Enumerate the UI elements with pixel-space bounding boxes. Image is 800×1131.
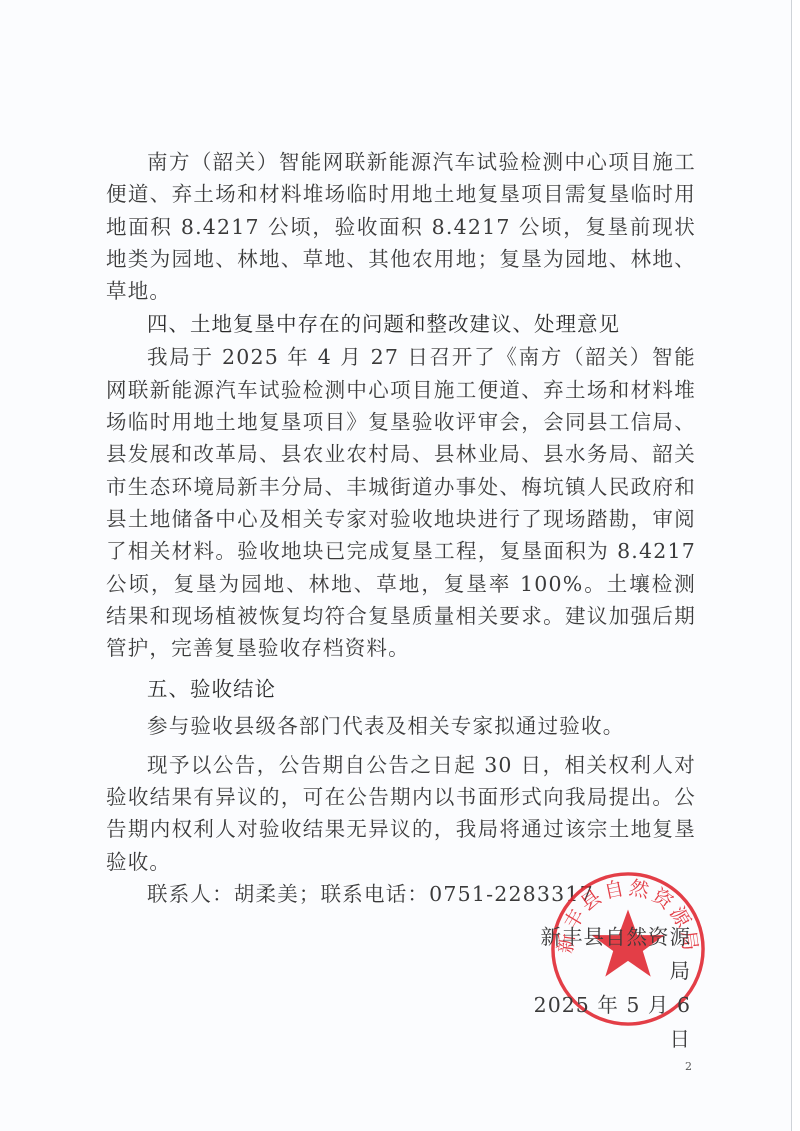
paragraph-section-5: 参与验收县级各部门代表及相关专家拟通过验收。 bbox=[106, 710, 696, 742]
paragraph-notice: 现予以公告，公告期自公告之日起 30 日，相关权利人对验收结果有异议的，可在公告… bbox=[106, 749, 696, 878]
signature-block: 新丰县自然资源局 2025 年 5 月 6 日 bbox=[523, 920, 691, 1056]
scan-margin bbox=[792, 0, 800, 1131]
paragraph-section-4: 我局于 2025 年 4 月 27 日召开了《南方（韶关）智能网联新能源汽车试验… bbox=[106, 341, 696, 664]
heading-section-5: 五、验收结论 bbox=[106, 672, 696, 706]
document-body: 南方（韶关）智能网联新能源汽车试验检测中心项目施工便道、弃土场和材料堆场临时用地… bbox=[106, 146, 696, 910]
page-number: 2 bbox=[685, 1060, 692, 1073]
signature-organization: 新丰县自然资源局 bbox=[523, 920, 691, 988]
document-page: 南方（韶关）智能网联新能源汽车试验检测中心项目施工便道、弃土场和材料堆场临时用地… bbox=[0, 0, 792, 1131]
paragraph-reclamation-area: 南方（韶关）智能网联新能源汽车试验检测中心项目施工便道、弃土场和材料堆场临时用地… bbox=[106, 146, 696, 307]
heading-section-4: 四、土地复垦中存在的问题和整改建议、处理意见 bbox=[106, 307, 696, 341]
signature-date: 2025 年 5 月 6 日 bbox=[523, 988, 691, 1056]
